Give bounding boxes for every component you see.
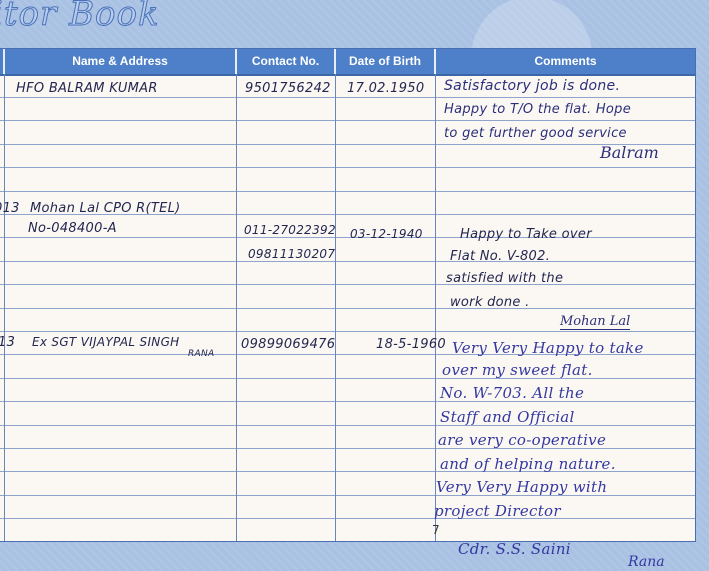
entry-comment-line: project Director xyxy=(434,502,561,520)
entry-signature: Balram xyxy=(600,143,659,162)
entry-comment-line: Happy to T/O the flat. Hope xyxy=(444,102,631,117)
column-divider xyxy=(435,74,436,541)
column-divider xyxy=(335,74,336,541)
header-name-address: Name & Address xyxy=(5,49,237,74)
ruled-line xyxy=(0,97,695,98)
entry-comment-line: are very co-operative xyxy=(438,431,606,449)
page-number: 7 xyxy=(432,523,440,537)
ruled-line xyxy=(0,401,695,402)
entry-comment-line: over my sweet flat. xyxy=(442,361,593,379)
ruled-line xyxy=(0,191,695,192)
entry-name: Mohan Lal CPO R(TEL) xyxy=(30,201,181,216)
header-comments: Comments xyxy=(436,49,695,74)
ruled-line xyxy=(0,425,695,426)
ruled-line xyxy=(0,261,695,262)
entry-comment-line: to get further good service xyxy=(444,126,627,141)
entry-dob: 03-12-1940 xyxy=(350,227,423,241)
entry-signature: Rana xyxy=(628,554,665,570)
entry-comment-line: satisfied with the xyxy=(446,271,563,286)
ruled-line xyxy=(0,144,695,145)
entry-dob: 17.02.1950 xyxy=(347,81,424,96)
entry-comment-line: No. W-703. All the xyxy=(440,384,584,402)
entry-signature: Mohan Lal xyxy=(560,314,630,330)
entry-contact: 09899069476 xyxy=(241,337,335,352)
book-title: itor Book xyxy=(0,0,160,34)
entry-comment-line: Flat No. V-802. xyxy=(450,249,550,264)
column-divider xyxy=(236,74,237,541)
entry-comment-line: Very Very Happy with xyxy=(436,478,607,496)
entry-dob: 18-5-1960 xyxy=(376,337,446,352)
entry-name: HFO BALRAM KUMAR xyxy=(16,81,158,96)
header-contact: Contact No. xyxy=(237,49,336,74)
entry-name: No-048400-A xyxy=(28,221,117,236)
entry-name: RANA xyxy=(188,349,215,359)
entry-comment-line: Very Very Happy to take xyxy=(452,339,644,357)
ruled-line xyxy=(0,331,695,332)
entry-comment-line: and of helping nature. xyxy=(440,455,616,473)
entry-comment-line: Staff and Official xyxy=(440,408,575,426)
entry-comment-line: work done . xyxy=(450,295,530,310)
entry-name: Ex SGT VIJAYPAL SINGH xyxy=(32,335,180,349)
entry-comment-line: Satisfactory job is done. xyxy=(444,78,620,94)
ruled-line xyxy=(0,120,695,121)
entry-comment-line: Happy to Take over xyxy=(460,227,592,242)
entry-serial: 013 xyxy=(0,201,20,216)
entry-comment-line: Cdr. S.S. Saini xyxy=(458,540,571,558)
header-dob: Date of Birth xyxy=(336,49,436,74)
entry-contact: 011-27022392 xyxy=(244,223,336,237)
ruled-line xyxy=(0,284,695,285)
table-header: Name & Address Contact No. Date of Birth… xyxy=(0,49,695,76)
visitor-table: Name & Address Contact No. Date of Birth… xyxy=(0,48,696,542)
entry-contact: 09811130207 xyxy=(248,247,335,261)
ruled-line xyxy=(0,308,695,309)
ruled-line xyxy=(0,167,695,168)
ruled-line xyxy=(0,518,695,519)
column-divider xyxy=(4,74,5,541)
entry-serial: 13 xyxy=(0,335,15,350)
entry-contact: 9501756242 xyxy=(245,81,331,96)
